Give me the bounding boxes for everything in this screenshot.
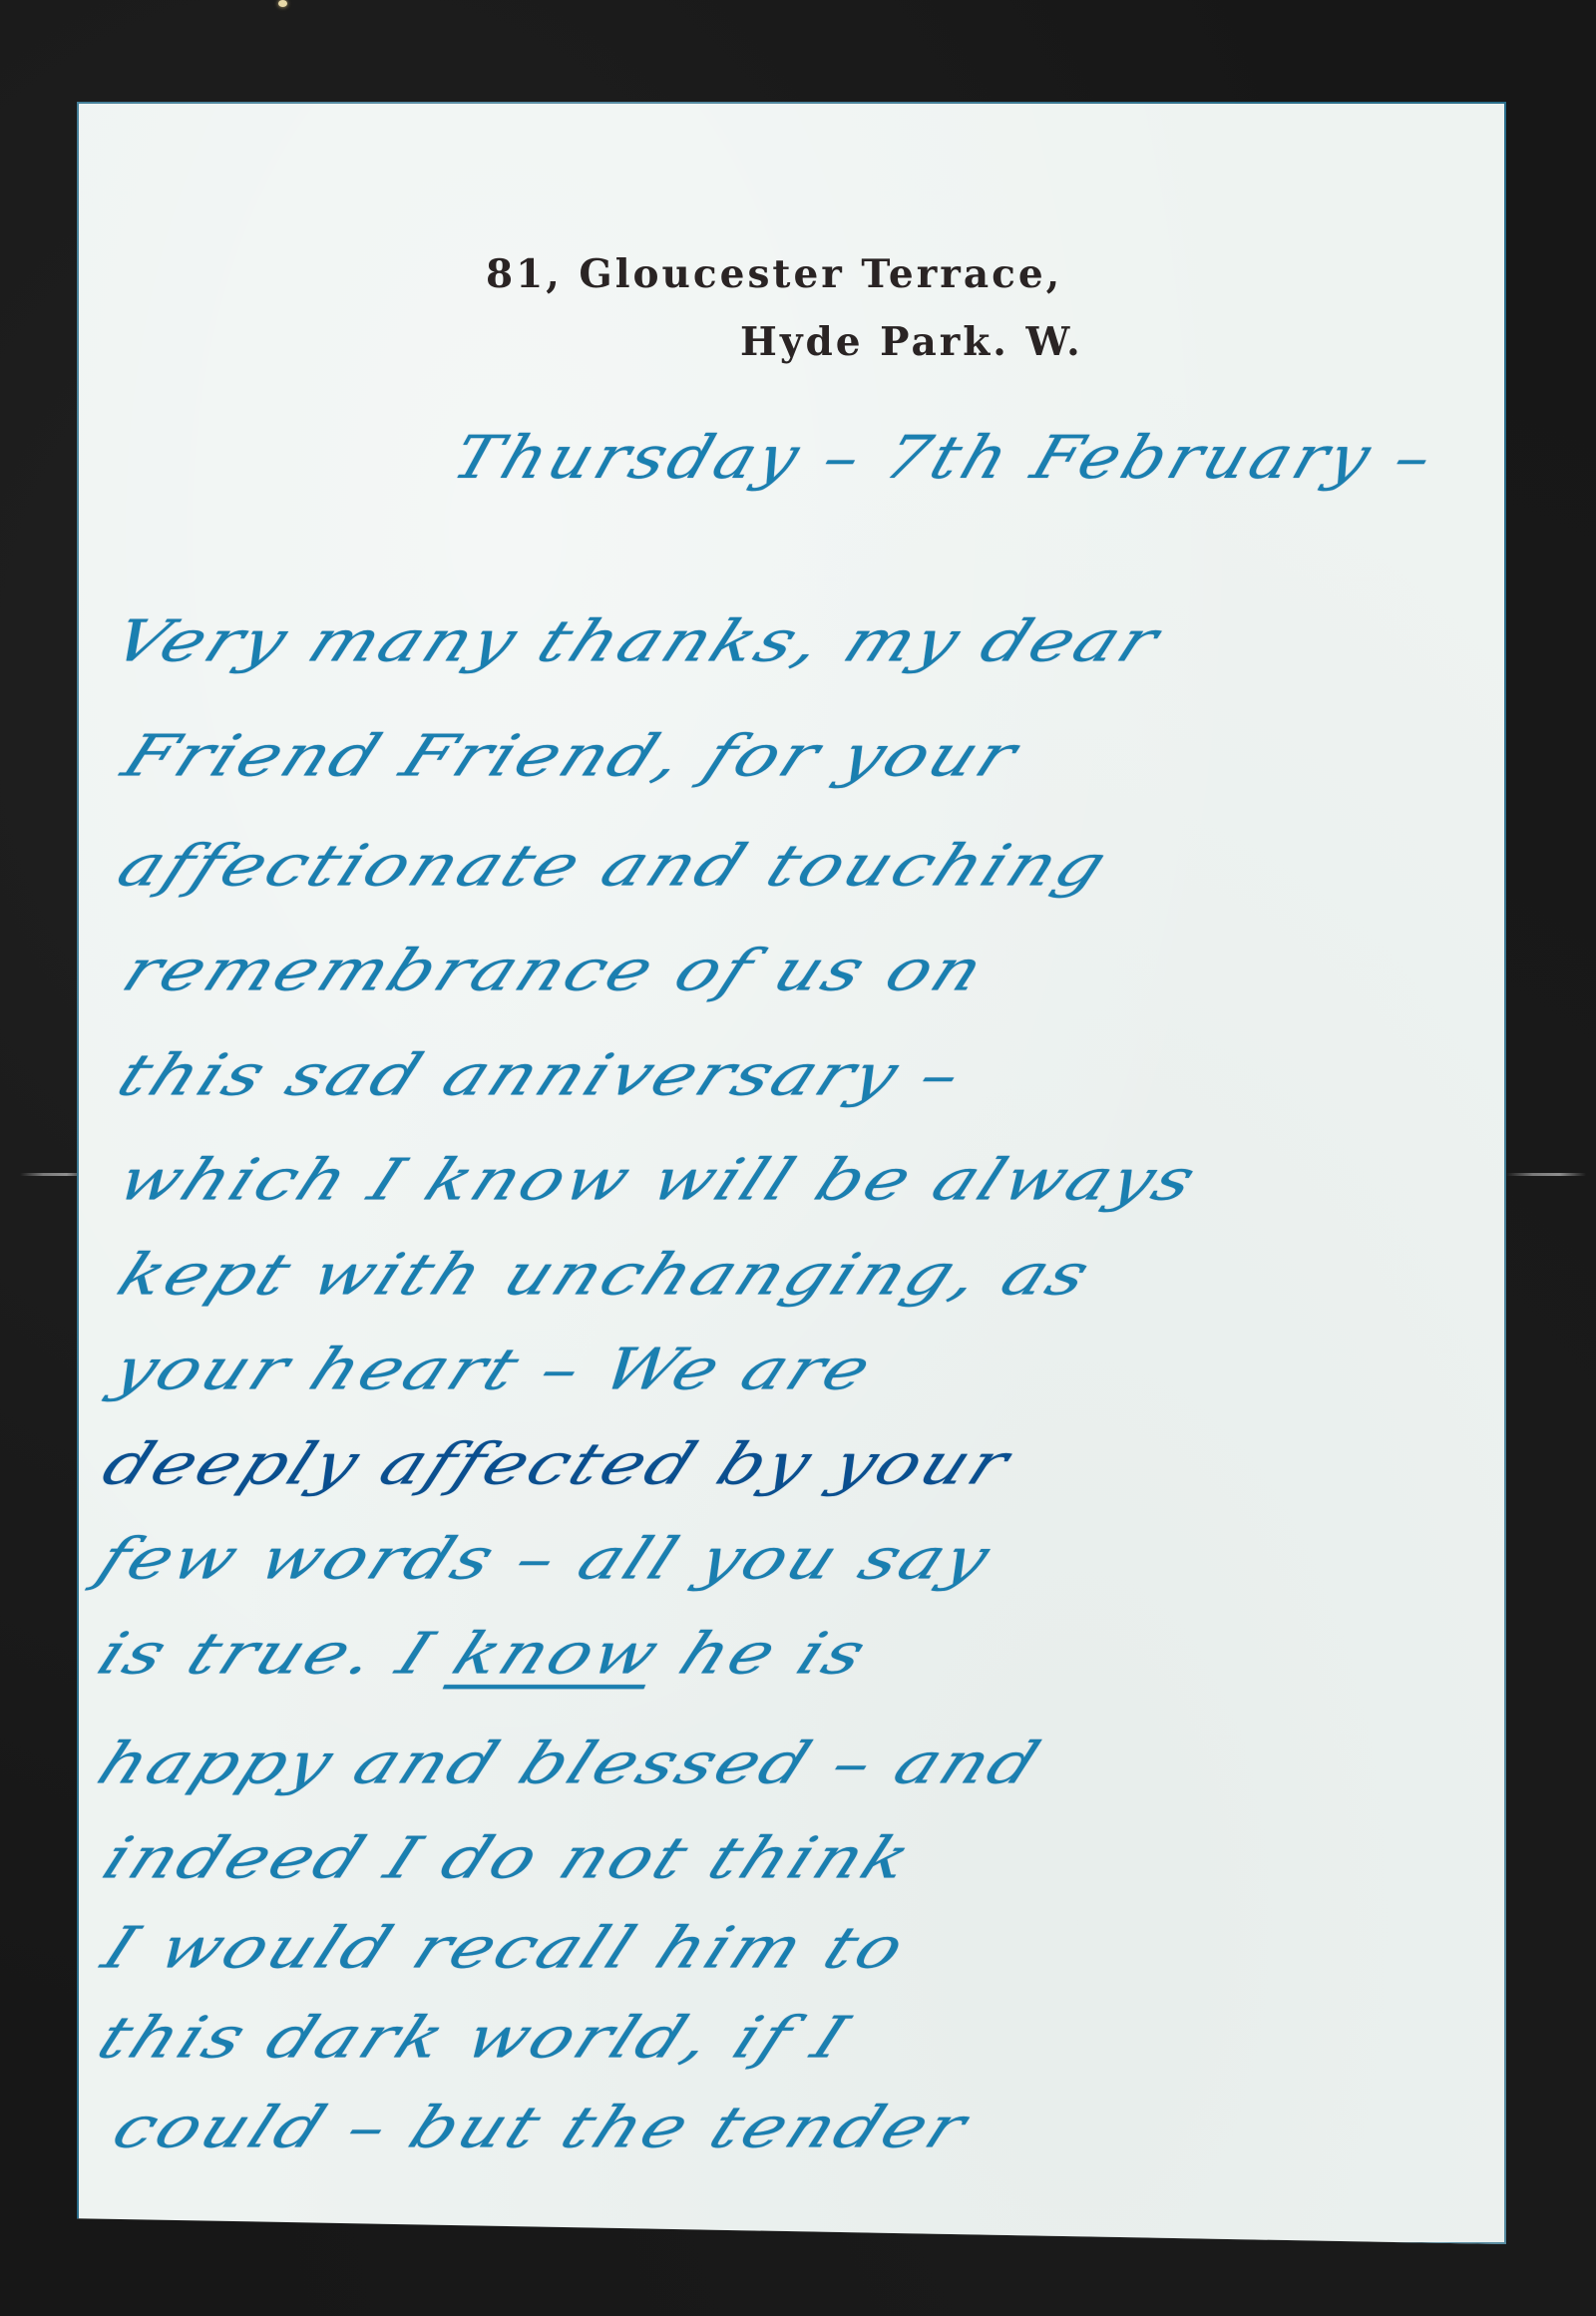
- letter-paper: 81, Gloucester Terrace, Hyde Park. W. Th…: [77, 102, 1506, 2244]
- body-line: your heart – We are: [103, 1336, 884, 1402]
- body-line: this sad anniversary –: [108, 1041, 974, 1108]
- body-line: which I know will be always: [108, 1146, 1208, 1213]
- body-line: remembrance of us on: [113, 937, 996, 1003]
- body-line: indeed I do not think: [93, 1824, 923, 1891]
- letterhead-district-line: Hyde Park. W.: [740, 319, 1083, 365]
- body-line: few words – all you say: [88, 1525, 1001, 1592]
- fold-line-right: [1506, 1173, 1586, 1176]
- body-line: deeply affected by your: [93, 1430, 1020, 1497]
- letterhead-address-line: 81, Gloucester Terrace,: [486, 251, 1062, 297]
- body-line: Very many thanks, my dear: [103, 607, 1170, 674]
- body-line: Friend Friend, for your: [113, 722, 1028, 789]
- body-line-segment: is true. I: [88, 1620, 470, 1687]
- body-line: could – but the tender: [103, 2094, 979, 2160]
- body-line: kept with unchanging, as: [108, 1241, 1101, 1308]
- body-line: I would recall him to: [93, 1914, 917, 1981]
- body-line: happy and blessed – and: [88, 1730, 1051, 1796]
- date-line: Thursday – 7th February –: [445, 423, 1445, 492]
- body-line: affectionate and touching: [108, 832, 1118, 899]
- body-line-with-underline: is true. I know he is: [88, 1620, 878, 1687]
- underlined-word: know: [443, 1620, 671, 1687]
- dust-speck: [278, 0, 287, 7]
- body-line: this dark world, if I: [88, 2004, 860, 2071]
- body-line-segment: he is: [644, 1620, 878, 1687]
